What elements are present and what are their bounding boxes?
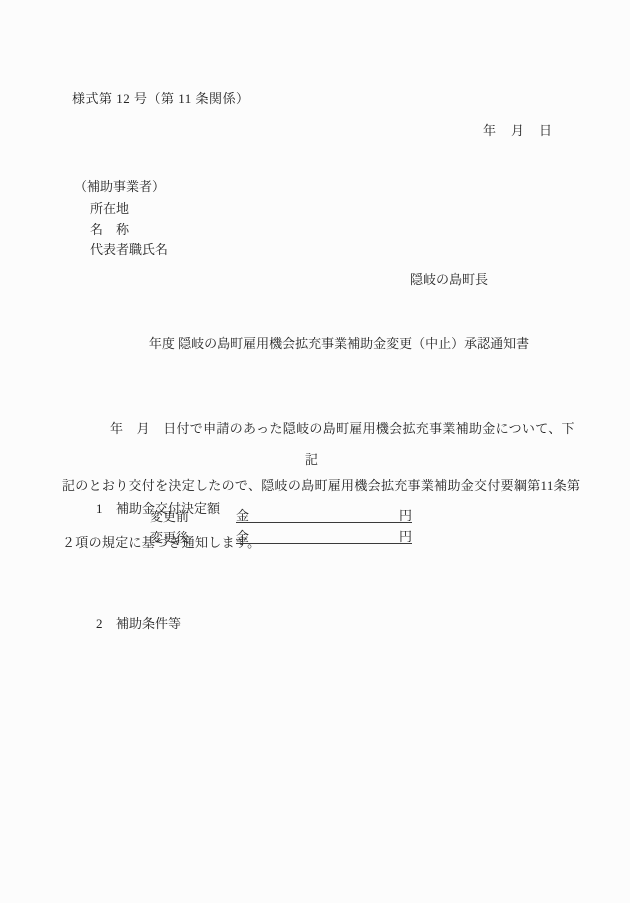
amount-prefix: 金 <box>236 526 249 545</box>
amount-before-label: 変更前 <box>150 506 189 525</box>
addressee-group-label: （補助事業者） <box>74 179 165 195</box>
amount-row-before: 変更前 金 円 <box>0 506 630 527</box>
section-2-number: 2 <box>96 616 116 632</box>
sender-mayor-line: 隠岐の島町長 <box>410 272 488 288</box>
amount-before-field: 金 円 <box>236 505 412 523</box>
amount-suffix: 円 <box>399 505 412 524</box>
amount-after-field: 金 円 <box>236 526 412 544</box>
amount-prefix: 金 <box>236 505 249 524</box>
addressee-representative-label: 代表者職氏名 <box>90 242 168 258</box>
section-2-heading: 2補助条件等 <box>83 600 181 649</box>
section-2-heading-text: 補助条件等 <box>116 616 181 631</box>
addressee-name-label: 名 称 <box>90 222 129 238</box>
amount-after-label: 変更後 <box>150 527 189 546</box>
amount-row-after: 変更後 金 円 <box>0 527 630 548</box>
amount-suffix: 円 <box>399 526 412 545</box>
record-marker: 記 <box>0 452 623 468</box>
addressee-location-label: 所在地 <box>90 201 129 217</box>
document-title: 年度 隠岐の島町雇用機会拡充事業補助金変更（中止）承認通知書 <box>0 336 630 352</box>
date-line: 年 月 日 <box>483 123 553 139</box>
form-number: 様式第 12 号（第 11 条関係） <box>72 91 250 107</box>
document-page: 様式第 12 号（第 11 条関係） 年 月 日 （補助事業者） 所在地 名 称… <box>0 0 630 903</box>
body-line: 年 月 日付で申請のあった隠岐の島町雇用機会拡充事業補助金について、下 <box>62 419 570 438</box>
